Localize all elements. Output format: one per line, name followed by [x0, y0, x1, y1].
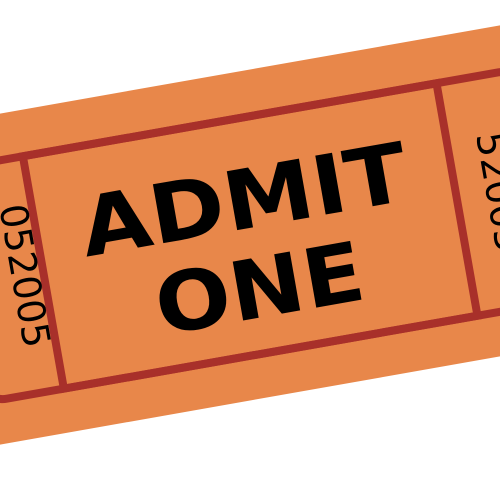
- ticket-graphic: ADMIT ONE 052005 52005: [0, 0, 500, 500]
